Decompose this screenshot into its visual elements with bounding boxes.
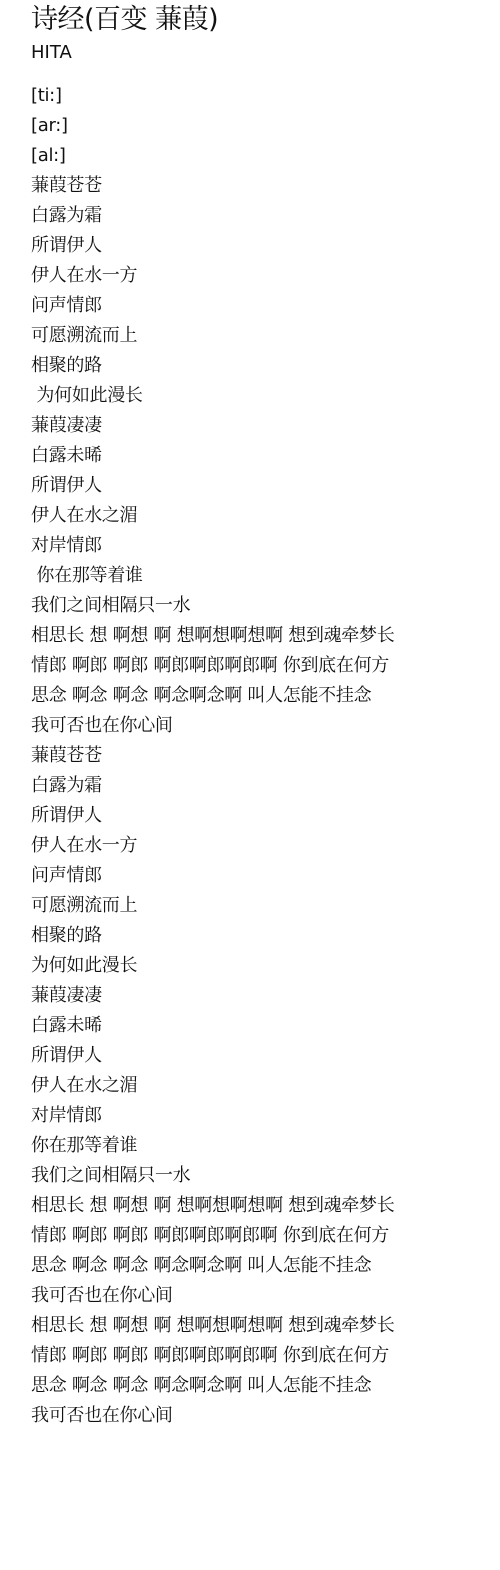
lyric-line: 所谓伊人 [31,1041,491,1071]
lyric-line: 白露未晞 [31,441,491,471]
lyric-line: 我可否也在你心间 [31,1401,491,1431]
lyric-line: 所谓伊人 [31,801,491,831]
lyric-line: 我可否也在你心间 [31,1281,491,1311]
lyric-line: 相思长 想 啊想 啊 想啊想啊想啊 想到魂牵梦长 [31,621,491,651]
lyric-line: [ti:] [31,81,491,111]
lyric-line: 所谓伊人 [31,471,491,501]
lyric-line: 为何如此漫长 [31,951,491,981]
lyric-line: 情郎 啊郎 啊郎 啊郎啊郎啊郎啊 你到底在何方 [31,1221,491,1251]
lyric-line: [al:] [31,141,491,171]
lyric-line: 情郎 啊郎 啊郎 啊郎啊郎啊郎啊 你到底在何方 [31,1341,491,1371]
lyric-line: 对岸情郎 [31,1101,491,1131]
lyrics-list: [ti:][ar:][al:]蒹葭苍苍白露为霜所谓伊人伊人在水一方问声情郎可愿溯… [31,81,491,1431]
lyric-line: 思念 啊念 啊念 啊念啊念啊 叫人怎能不挂念 [31,681,491,711]
lyric-line: 思念 啊念 啊念 啊念啊念啊 叫人怎能不挂念 [31,1251,491,1281]
lyric-line: 所谓伊人 [31,231,491,261]
lyric-line: 白露为霜 [31,201,491,231]
lyric-line: 伊人在水之湄 [31,501,491,531]
lyric-line: 可愿溯流而上 [31,321,491,351]
lyric-line: 蒹葭苍苍 [31,741,491,771]
lyric-line: 我们之间相隔只一水 [31,591,491,621]
lyric-line: 伊人在水一方 [31,261,491,291]
lyric-line: 问声情郎 [31,861,491,891]
lyric-line: 我可否也在你心间 [31,711,491,741]
lyric-line: 你在那等着谁 [31,561,491,591]
lyric-line: 你在那等着谁 [31,1131,491,1161]
lyric-line: 相聚的路 [31,921,491,951]
lyric-line: 伊人在水一方 [31,831,491,861]
lyric-line: 白露为霜 [31,771,491,801]
song-title: 诗经(百变 蒹葭) [31,3,491,37]
lyric-line: 对岸情郎 [31,531,491,561]
lyric-line: 相思长 想 啊想 啊 想啊想啊想啊 想到魂牵梦长 [31,1311,491,1341]
lyrics-page: 诗经(百变 蒹葭) HITA [ti:][ar:][al:]蒹葭苍苍白露为霜所谓… [31,0,491,1431]
lyric-line: 情郎 啊郎 啊郎 啊郎啊郎啊郎啊 你到底在何方 [31,651,491,681]
lyric-line: 问声情郎 [31,291,491,321]
lyric-line: 蒹葭凄凄 [31,981,491,1011]
lyric-line: 可愿溯流而上 [31,891,491,921]
lyric-line: 蒹葭凄凄 [31,411,491,441]
lyric-line: 我们之间相隔只一水 [31,1161,491,1191]
lyric-line: 思念 啊念 啊念 啊念啊念啊 叫人怎能不挂念 [31,1371,491,1401]
lyric-line: 伊人在水之湄 [31,1071,491,1101]
song-artist: HITA [31,41,491,65]
lyric-line: 相思长 想 啊想 啊 想啊想啊想啊 想到魂牵梦长 [31,1191,491,1221]
lyric-line: 白露未晞 [31,1011,491,1041]
lyric-line: [ar:] [31,111,491,141]
lyric-line: 相聚的路 [31,351,491,381]
lyric-line: 为何如此漫长 [31,381,491,411]
lyric-line: 蒹葭苍苍 [31,171,491,201]
